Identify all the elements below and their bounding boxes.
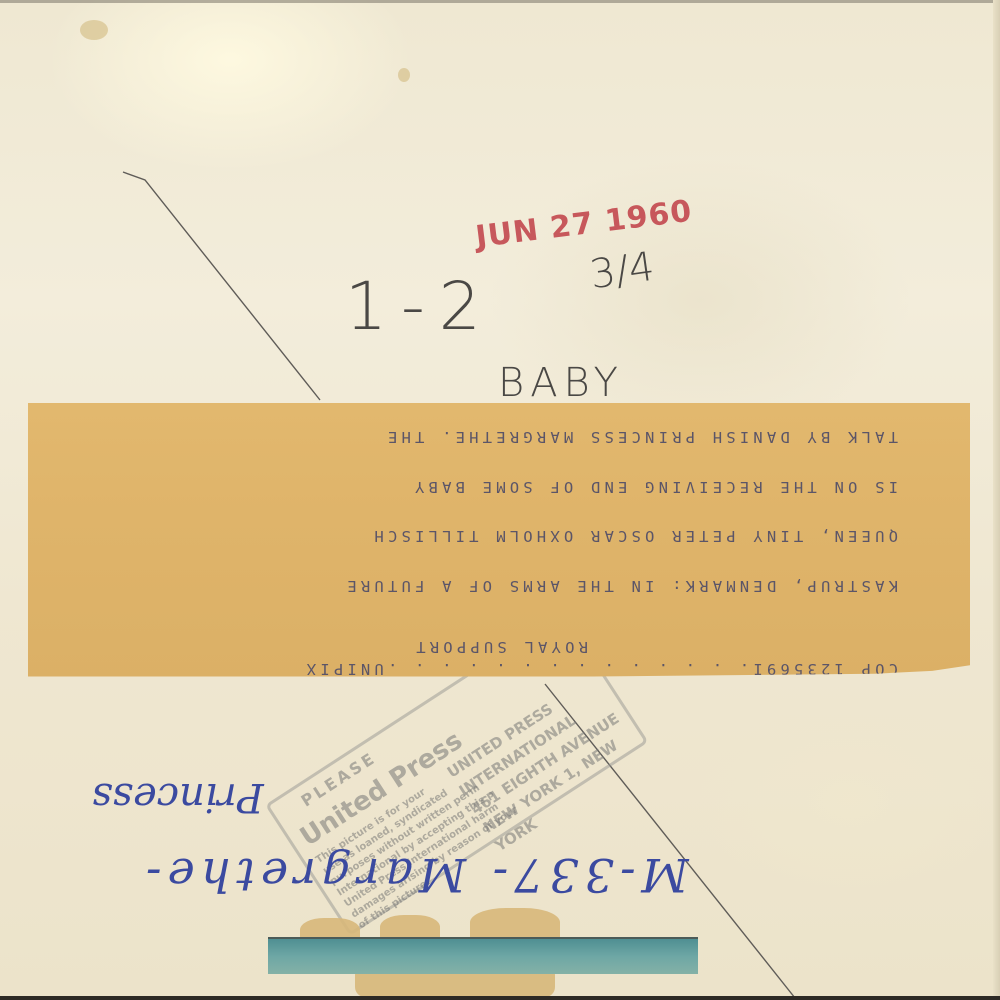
- pencil-note-number: 1-2: [345, 268, 495, 345]
- blue-note-archive-number: M-337- Margrethe-: [140, 848, 689, 902]
- caption-line: TALK BY DANISH PRINCESS MARGRETHE. THE: [330, 429, 898, 446]
- stain-spot: [80, 20, 108, 40]
- caption-title: ROYAL SUPPORT: [412, 639, 898, 656]
- paper-top-edge: [0, 0, 1000, 3]
- pencil-note-fraction: 3/4: [587, 244, 657, 299]
- mounting-tape: [268, 937, 698, 974]
- caption-slip: COP 123569I. . . . . . . . . . . . . .UN…: [28, 403, 970, 685]
- pencil-note-baby: BABY: [498, 360, 624, 406]
- caption-text-upside-down: COP 123569I. . . . . . . . . . . . . .UN…: [28, 403, 970, 685]
- caption-line: IS ON THE RECEIVING END OF SOME BABY: [330, 479, 898, 496]
- paper-right-edge: [993, 0, 1000, 1000]
- paper-bottom-edge: [0, 996, 1000, 1000]
- caption-line: KASTRUP, DENMARK: IN THE ARMS OF A FUTUR…: [330, 578, 898, 595]
- caption-line: QUEEN, TINY PETER OSCAR OXHOLM TILLISCH: [330, 528, 898, 545]
- stain-spot: [398, 68, 410, 82]
- blue-note-princess: Princess: [92, 774, 264, 820]
- caption-title-text: ROYAL SUPPORT: [412, 638, 898, 656]
